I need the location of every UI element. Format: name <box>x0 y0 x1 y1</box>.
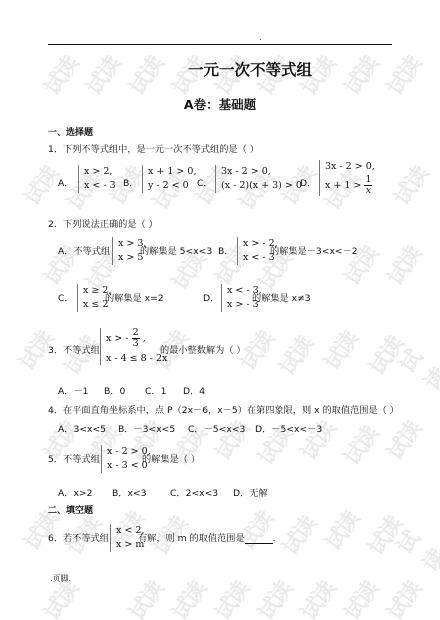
question-6-stem-prefix: 6．若不等式组 <box>48 530 109 544</box>
section-heading-fill-in: 二、填空题 <box>48 503 93 516</box>
q3-system: x > - 2 3 , x - 4 ≤ 8 - 2x <box>100 328 167 365</box>
system-line-prefix: x + 1 > <box>325 180 361 191</box>
q3-option-c: C．1 <box>145 383 166 397</box>
system-line: x - 4 ≤ 8 - 2x <box>106 352 167 365</box>
answer-blank <box>245 534 273 544</box>
header-rule <box>48 44 392 45</box>
fraction: 1 x <box>364 175 372 196</box>
system-line: x + 1 > 0, <box>148 165 196 179</box>
q2-option-b-label: B． <box>218 243 234 257</box>
q5-option-a: A．x>2 <box>58 485 92 499</box>
q1-option-d-system: 3x - 2 > 0, x + 1 > 1 x <box>319 160 375 196</box>
q2-option-a-answer: 的解集是 5<x<3 <box>140 243 212 257</box>
system-line: x + 1 > 1 x <box>325 175 375 196</box>
fraction-denominator: x <box>364 186 372 196</box>
q3-option-a: A．－1 <box>58 383 89 397</box>
q1-option-a-label: A． <box>58 175 73 189</box>
system-line: x > - 2 3 , <box>106 328 167 349</box>
system-line-suffix: , <box>143 333 146 344</box>
q4-option-d: D．－5<x<－3 <box>255 421 322 435</box>
q4-option-a: A．3<x<5 <box>58 421 106 435</box>
q3-option-b: B．0 <box>104 383 125 397</box>
question-6-stem-suffix: 有解，则 m 的取值范围是． <box>138 530 282 544</box>
q1-option-d-label: D． <box>300 175 316 189</box>
q1-option-c-system: 3x - 2 > 0, (x - 2)(x + 3) > 0 <box>215 165 302 193</box>
question-3-stem-suffix: 的最小整数解为（ ） <box>160 342 246 356</box>
q1-option-a-system: x > 2, x < - 3 <box>78 165 116 193</box>
section-heading-choice: 一、选择题 <box>48 125 93 138</box>
question-5-stem-prefix: 5．不等式组 <box>48 451 100 465</box>
system-line: x > 2, <box>84 165 116 179</box>
header-dot <box>260 39 261 40</box>
question-3-stem-prefix: 3．不等式组 <box>48 342 100 356</box>
question-5-stem-suffix: 的解集是（ ） <box>142 451 200 465</box>
q2-option-b-answer: 的解集是－3<x<－2 <box>270 243 358 257</box>
page-footer: .页脚. <box>50 573 71 584</box>
q5-option-c: C．2<x<3 <box>170 485 218 499</box>
document-subtitle: A卷：基础题 <box>0 95 440 113</box>
question-6-end: ． <box>273 533 282 544</box>
system-line: 3x - 2 > 0, <box>325 160 375 173</box>
question-2-stem: 2．下列说法正确的是（ ） <box>48 216 158 230</box>
document-title: 一元一次不等式组 <box>0 58 440 80</box>
q3-option-d: D．4 <box>183 383 205 397</box>
system-line: (x - 2)(x + 3) > 0 <box>221 179 302 193</box>
q5-option-d: D．无解 <box>233 485 268 499</box>
document-page: 一元一次不等式组 A卷：基础题 一、选择题 1．下列不等式组中，是一元一次不等式… <box>0 0 440 620</box>
q2-option-c-answer: 的解集是 x=2 <box>105 290 164 304</box>
system-line: x < - 3 <box>84 179 116 193</box>
fraction-denominator: 3 <box>132 339 140 349</box>
q2-option-d-label: D． <box>203 290 219 304</box>
q1-option-b-system: x + 1 > 0, y - 2 < 0 <box>142 165 196 193</box>
q4-option-b: B．－3<x<5 <box>118 421 175 435</box>
question-4-stem: 4．在平面直角坐标系中，点 P（2x－6，x－5）在第四象限，则 x 的取值范围… <box>48 402 399 416</box>
system-line-prefix: x > - <box>106 333 129 344</box>
question-6-text: 有解，则 m 的取值范围是 <box>138 533 245 544</box>
system-line: y - 2 < 0 <box>148 179 196 193</box>
question-1-stem: 1．下列不等式组中，是一元一次不等式组的是（ ） <box>48 141 259 155</box>
system-line: 3x - 2 > 0, <box>221 165 302 179</box>
q2-option-c-label: C． <box>58 290 74 304</box>
q1-option-b-label: B． <box>123 175 139 189</box>
q5-option-b: B．x<3 <box>112 485 146 499</box>
q1-option-c-label: C． <box>197 175 213 189</box>
q2-option-a-label: A．不等式组 <box>58 243 110 257</box>
fraction: 2 3 <box>132 328 140 349</box>
q2-option-d-answer: 的解集是 x≠3 <box>252 290 311 304</box>
q4-option-c: C．－5<x<3 <box>188 421 245 435</box>
